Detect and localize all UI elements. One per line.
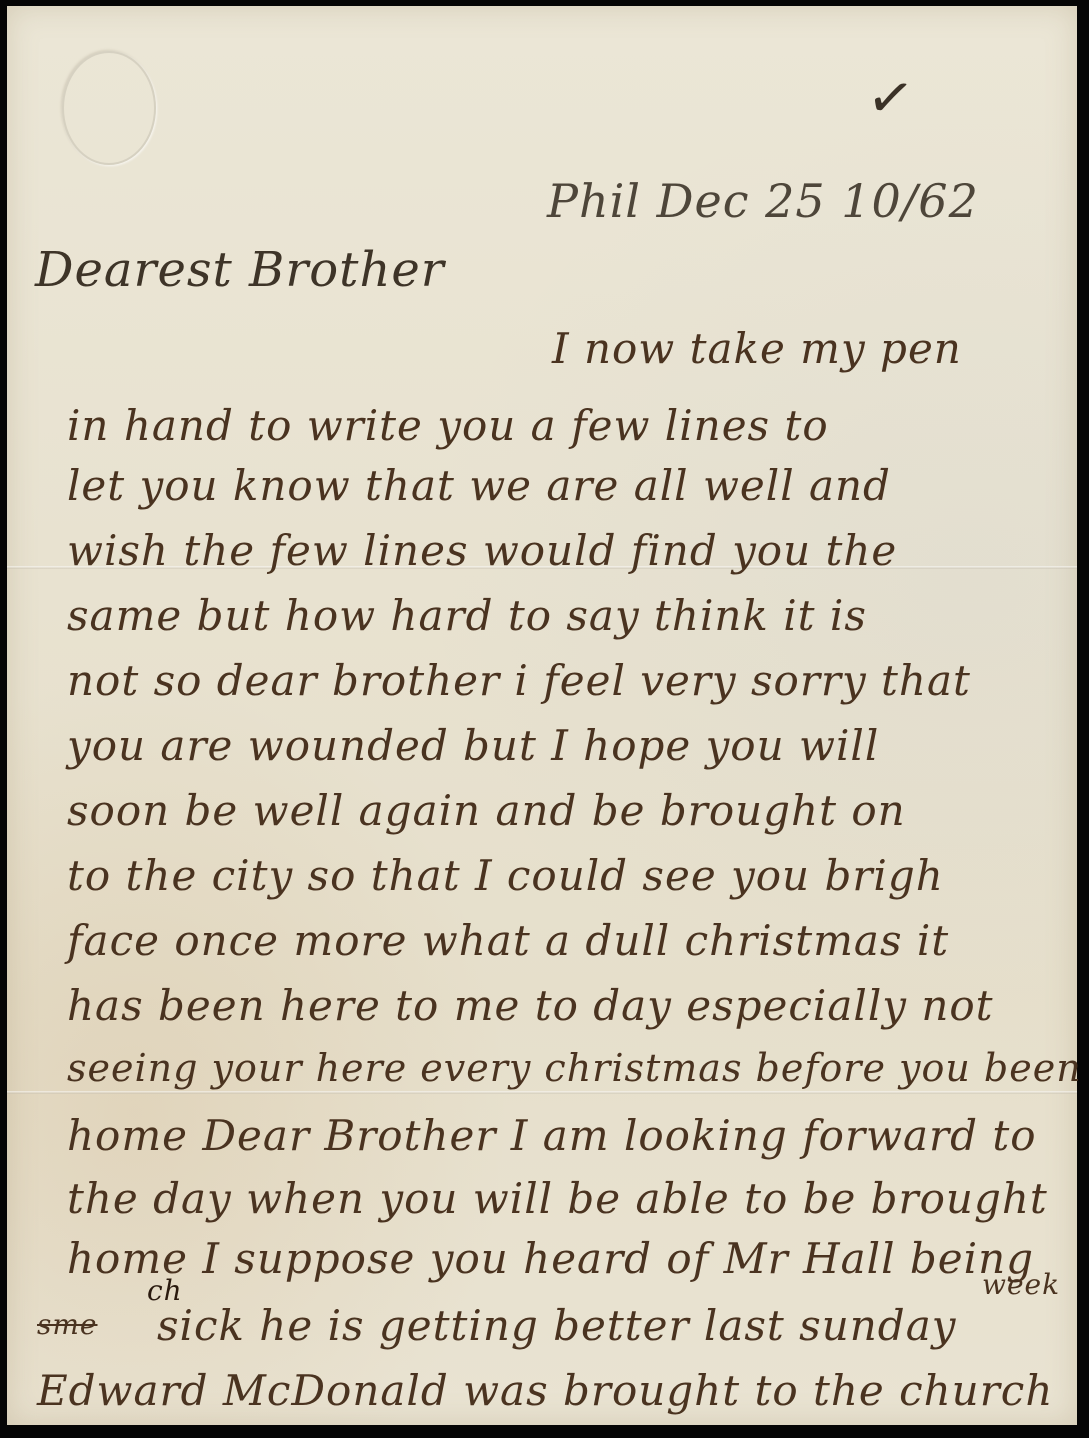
- letter-line: wish the few lines would find you the: [67, 526, 897, 575]
- letter-line: same but how hard to say think it is: [67, 591, 867, 640]
- letter-line: seeing your here every christmas before …: [67, 1046, 1082, 1090]
- letter-line: soon be well again and be brought on: [67, 786, 906, 835]
- letter-line: I now take my pen: [552, 324, 962, 373]
- letter-line: home I suppose you heard of Mr Hall bein…: [67, 1234, 1034, 1283]
- check-mark: ✓: [863, 63, 919, 134]
- embossed-seal: [62, 51, 156, 165]
- salutation: Dearest Brother: [35, 242, 445, 298]
- interlinear-insert: week: [982, 1268, 1060, 1301]
- letter-line: has been here to me to day especially no…: [67, 981, 994, 1030]
- marginal-note: ch: [147, 1274, 183, 1307]
- letter-page: ✓ Phil Dec 25 10/62 Dearest Brother I no…: [7, 6, 1077, 1425]
- letter-line: face once more what a dull christmas it: [67, 916, 949, 965]
- letter-line: not so dear brother i feel very sorry th…: [67, 656, 971, 705]
- fold-crease: [7, 1091, 1077, 1094]
- dateline: Phil Dec 25 10/62: [547, 174, 979, 228]
- letter-line: you are wounded but I hope you will: [67, 721, 879, 770]
- letter-line: Edward McDonald was brought to the churc…: [37, 1366, 1053, 1415]
- letter-line: home Dear Brother I am looking forward t…: [67, 1111, 1037, 1160]
- struck-word: sme: [37, 1308, 98, 1341]
- letter-line: to the city so that I could see you brig…: [67, 851, 944, 900]
- letter-line: the day when you will be able to be brou…: [67, 1174, 1048, 1223]
- letter-line: in hand to write you a few lines to: [67, 401, 829, 450]
- letter-line: let you know that we are all well and: [67, 461, 891, 510]
- letter-line: sick he is getting better last sunday: [157, 1301, 956, 1350]
